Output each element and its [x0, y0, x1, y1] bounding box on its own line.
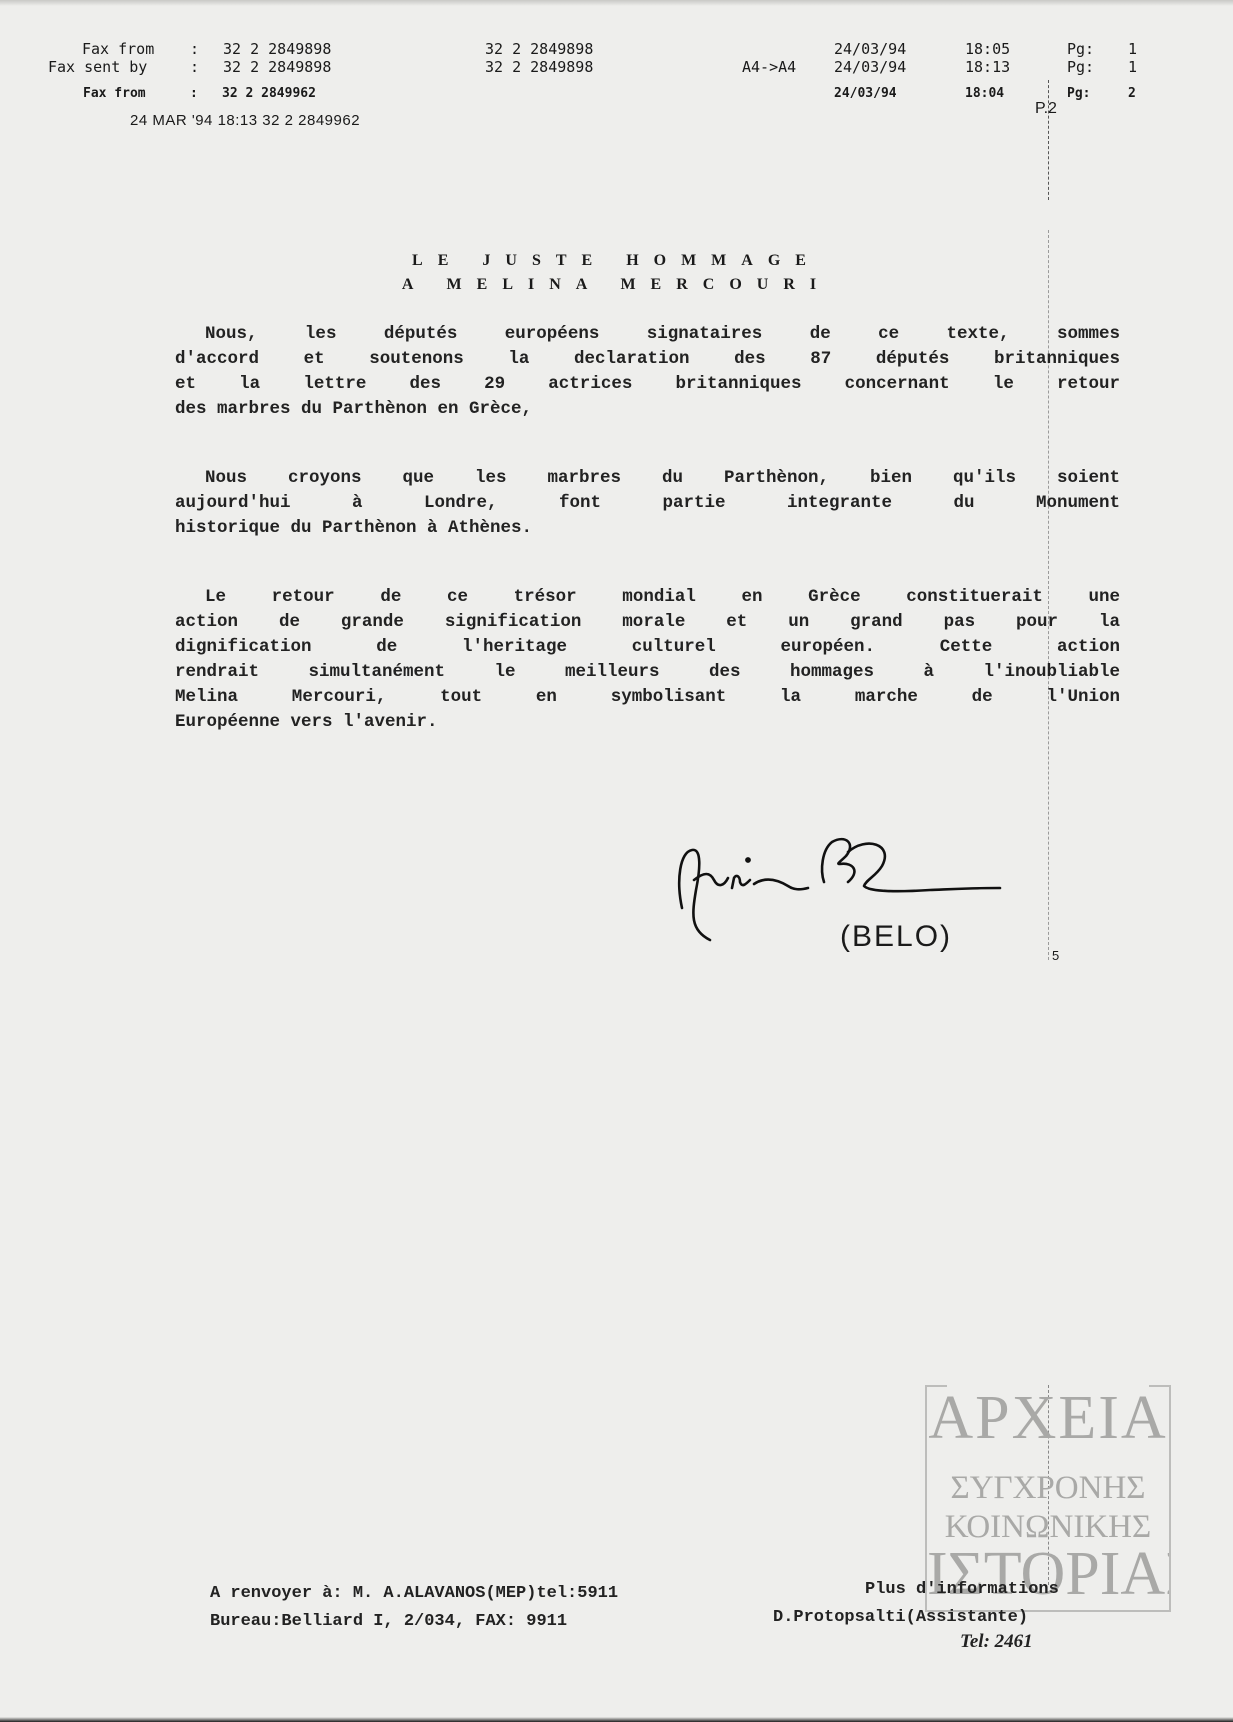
- fax-label: Fax from: [82, 40, 154, 58]
- fax-timestamp-stamp: 24 MAR '94 18:13 32 2 2849962: [130, 112, 360, 129]
- paragraph-line: Le retour de ce trésor mondial en Grèce …: [175, 585, 1120, 610]
- fax-pg: 1: [1128, 58, 1137, 76]
- fax-sep: :: [190, 58, 199, 76]
- fax-pg-label: Pg:: [1067, 58, 1094, 76]
- office-address: Bureau:Belliard I, 2/034, FAX: 9911: [210, 1612, 567, 1631]
- paragraph-line: Nous, les députés européens signataires …: [175, 322, 1120, 347]
- fax-number: 32 2 2849898: [223, 40, 331, 58]
- assistant-tel: Tel: 2461: [960, 1631, 1033, 1653]
- fax-header-row: Fax sent by : 32 2 2849898 32 2 2849898 …: [0, 58, 36, 76]
- assistant-contact: D.Protopsalti(Assistante): [773, 1608, 1028, 1627]
- fax-pg-label: Pg:: [1067, 86, 1090, 101]
- paragraph-1: Nous, les députés européens signataires …: [175, 322, 1120, 422]
- paragraph-line: dignification de l'heritage culturel eur…: [175, 635, 1120, 660]
- fax-header-row: Fax from : 32 2 2849962 24/03/94 18:04 P…: [0, 86, 36, 104]
- fax-date: 24/03/94: [834, 58, 906, 76]
- page-top-edge: [0, 0, 1233, 6]
- fax-number-2: 32 2 2849898: [485, 40, 593, 58]
- fax-date: 24/03/94: [834, 40, 906, 58]
- fax-time: 18:05: [965, 40, 1010, 58]
- fax-number: 32 2 2849898: [223, 58, 331, 76]
- fax-mode: A4->A4: [742, 58, 796, 76]
- paragraph-line: Melina Mercouri, tout en symbolisant la …: [175, 685, 1120, 710]
- return-to-address: A renvoyer à: M. A.ALAVANOS(MEP)tel:5911: [210, 1584, 618, 1603]
- fax-time: 18:04: [965, 86, 1004, 101]
- paragraph-line: action de grande signification morale et…: [175, 610, 1120, 635]
- fax-label: Fax from: [83, 86, 146, 101]
- paragraph-3: Le retour de ce trésor mondial en Grèce …: [175, 585, 1120, 735]
- paragraph-line: historique du Parthènon à Athènes.: [175, 516, 1120, 541]
- watermark-line: ΣΥΓΧΡΟΝΗΣ: [927, 1470, 1169, 1506]
- paragraph-line: et la lettre des 29 actrices britannique…: [175, 372, 1120, 397]
- paragraph-line: Nous croyons que les marbres du Parthèno…: [175, 466, 1120, 491]
- paragraph-line: Européenne vers l'avenir.: [175, 710, 1120, 735]
- archive-watermark-stamp: ΑΡΧΕΙΑ ΣΥΓΧΡΟΝΗΣ ΚΟΙΝΩΝΙΚΗΣ ΙΣΤΟΡΙΑΣ: [925, 1385, 1171, 1612]
- fax-pg: 1: [1128, 40, 1137, 58]
- document-title-line-1: LE JUSTE HOMMAGE: [0, 252, 1233, 270]
- fax-header-row: Fax from : 32 2 2849898 32 2 2849898 24/…: [0, 40, 36, 58]
- scan-fold-line: [1048, 80, 1049, 200]
- watermark-line: ΑΡΧΕΙΑ: [927, 1387, 1169, 1449]
- page-number-mark: P.2: [1035, 100, 1057, 118]
- page-bottom-edge: [0, 1717, 1233, 1722]
- fax-sep: :: [190, 40, 199, 58]
- fax-sep: :: [190, 86, 198, 101]
- document-title-line-2: A MELINA MERCOURI: [0, 276, 1233, 294]
- fax-time: 18:13: [965, 58, 1010, 76]
- fax-number-2: 32 2 2849898: [485, 58, 593, 76]
- paragraph-line: d'accord et soutenons la declaration des…: [175, 347, 1120, 372]
- paragraph-line: des marbres du Parthènon en Grèce,: [175, 397, 1120, 422]
- more-info-label: Plus d'informations: [865, 1580, 1059, 1599]
- paragraph-line: aujourd'hui à Londre, font partie integr…: [175, 491, 1120, 516]
- fax-label: Fax sent by: [48, 58, 147, 76]
- paragraph-2: Nous croyons que les marbres du Parthèno…: [175, 466, 1120, 541]
- fax-pg-label: Pg:: [1067, 40, 1094, 58]
- fax-date: 24/03/94: [834, 86, 897, 101]
- paragraph-line: rendrait simultanément le meilleurs des …: [175, 660, 1120, 685]
- fax-pg: 2: [1128, 86, 1136, 101]
- watermark-line: ΚΟΙΝΩΝΙΚΗΣ: [927, 1509, 1169, 1545]
- fax-number: 32 2 2849962: [222, 86, 316, 101]
- margin-note: 5: [1052, 948, 1059, 963]
- signatory-name: (BELO): [840, 920, 952, 954]
